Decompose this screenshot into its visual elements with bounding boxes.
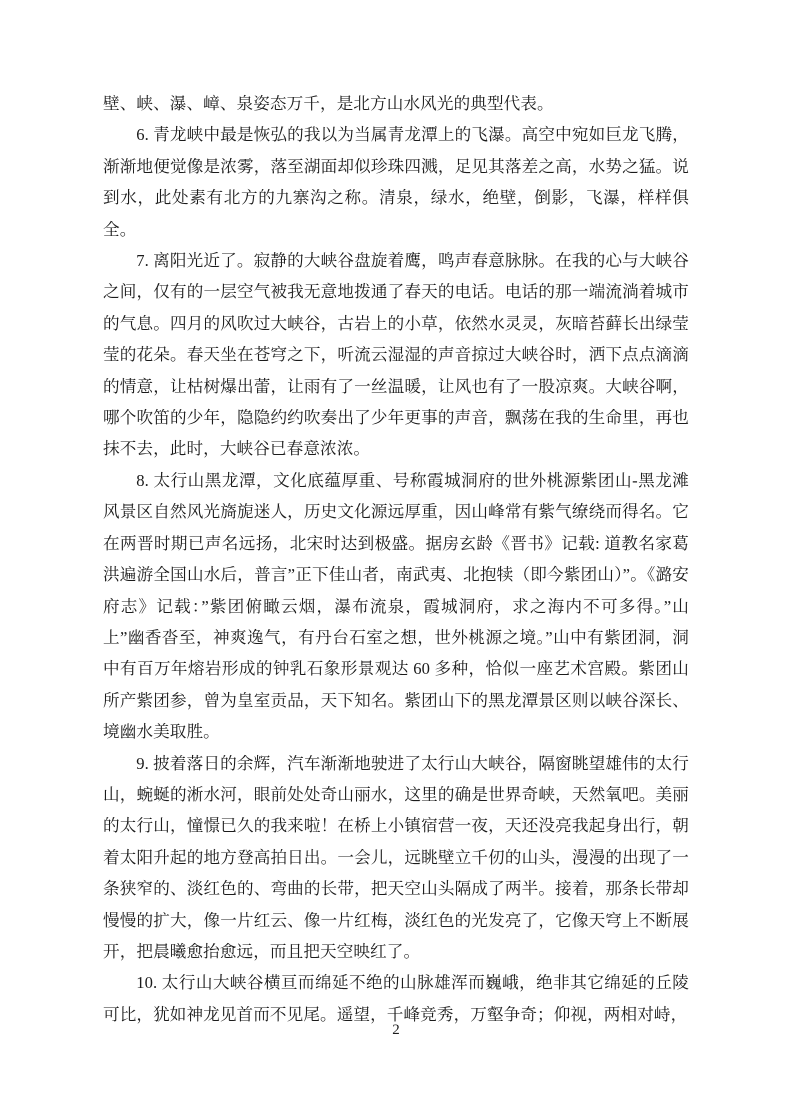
paragraph-item-8: 8. 太行山黑龙潭，文化底蕴厚重、号称霞城洞府的世外桃源紫团山-黑龙滩风景区自然… <box>103 465 689 748</box>
document-page: 壁、峡、瀑、嶂、泉姿态万千，是北方山水风光的典型代表。 6. 青龙峡中最是恢弘的… <box>0 0 792 1120</box>
paragraph-item-9: 9. 披着落日的余辉，汽车渐渐地驶进了太行山大峡谷，隔窗眺望雄伟的太行山，蜿蜒的… <box>103 748 689 968</box>
document-body: 壁、峡、瀑、嶂、泉姿态万千，是北方山水风光的典型代表。 6. 青龙峡中最是恢弘的… <box>103 88 689 1030</box>
page-number: 2 <box>0 1020 792 1040</box>
paragraph-item-6: 6. 青龙峡中最是恢弘的我以为当属青龙潭上的飞瀑。高空中宛如巨龙飞腾，渐渐地便觉… <box>103 119 689 245</box>
paragraph-continuation: 壁、峡、瀑、嶂、泉姿态万千，是北方山水风光的典型代表。 <box>103 88 689 119</box>
paragraph-item-7: 7. 离阳光近了。寂静的大峡谷盘旋着鹰，鸣声春意脉脉。在我的心与大峡谷之间，仅有… <box>103 245 689 465</box>
